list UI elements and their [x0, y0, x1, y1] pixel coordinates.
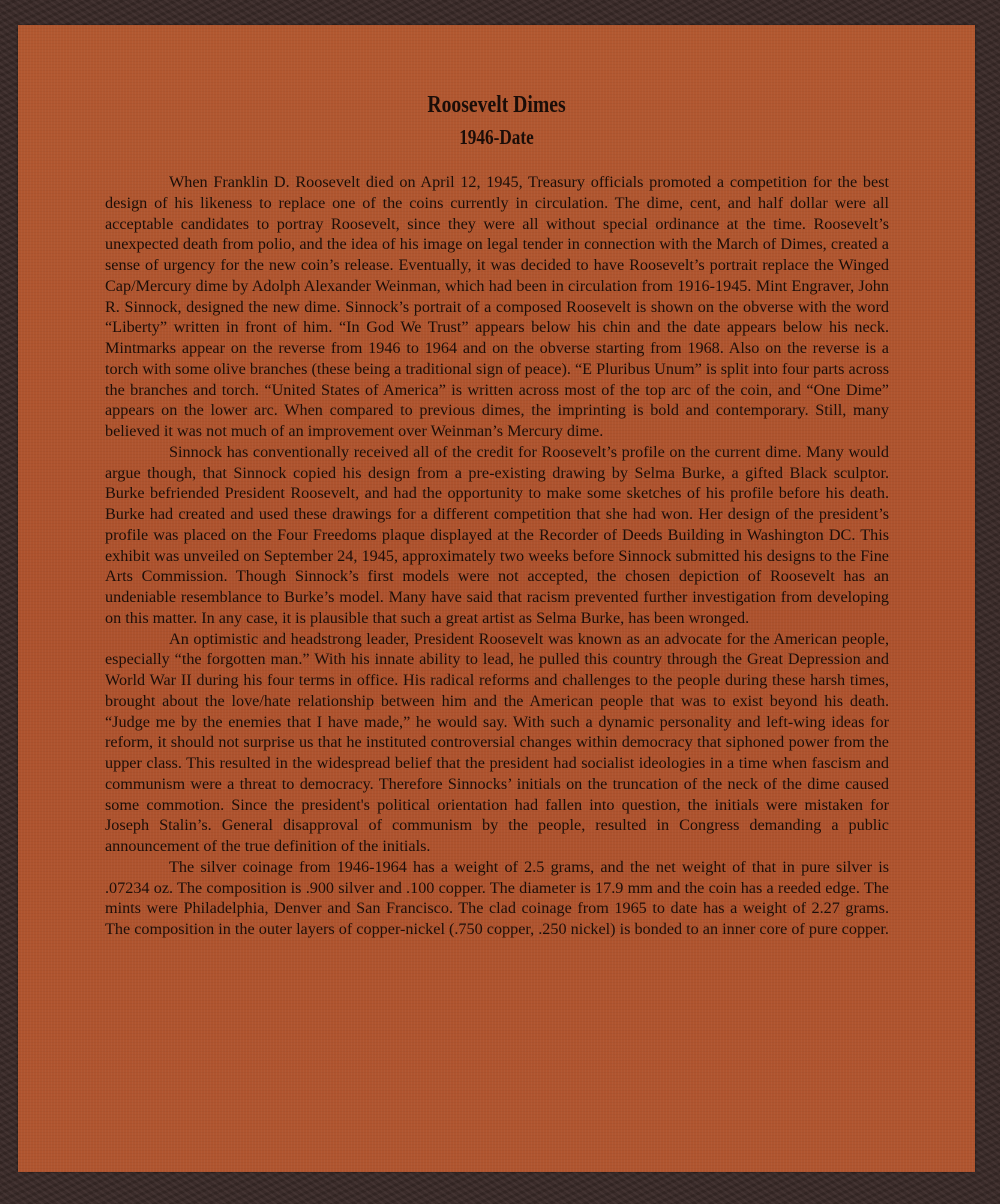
album-page-panel: Roosevelt Dimes 1946-Date When Franklin …	[18, 25, 975, 1172]
paragraph-roosevelt-leadership: An optimistic and headstrong leader, Pre…	[105, 629, 889, 857]
paragraph-history: When Franklin D. Roosevelt died on April…	[105, 172, 889, 442]
page-subtitle: 1946-Date	[104, 125, 889, 150]
paragraph-specifications: The silver coinage from 1946-1964 has a …	[105, 857, 889, 940]
body-text: When Franklin D. Roosevelt died on April…	[105, 172, 889, 940]
paragraph-selma-burke: Sinnock has conventionally received all …	[105, 442, 889, 629]
page-title: Roosevelt Dimes	[104, 92, 889, 119]
